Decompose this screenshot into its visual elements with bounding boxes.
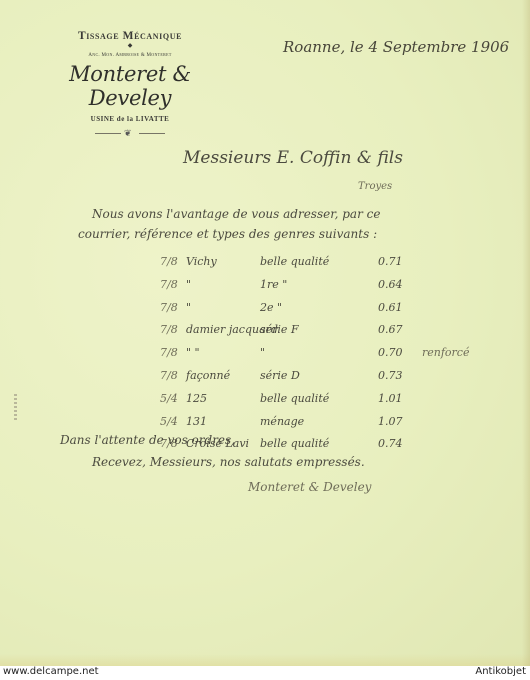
dateline: Roanne, le 4 Septembre 1906 [283,38,509,56]
price-list: 7/8 Vichy belle qualité 0.71 7/8 " 1re "… [160,252,530,457]
item-quality: 1re " [260,278,287,291]
item-quality: belle qualité [260,255,329,268]
price-list-item: 7/8 damier jacquard série F 0.67 [160,320,530,343]
flourish-ornament-icon: ❦ [95,129,165,143]
letterhead-factory: USINE de la LIVATTE [30,115,230,123]
seller-watermark: Antikobjet [475,666,526,677]
item-price: 0.67 [378,323,403,336]
letterhead-company-name: Monteret & Develey [30,62,230,110]
closing-line-1: Dans l'attente de vos ordres, [60,433,235,447]
item-width: 7/8 [160,369,178,382]
item-description: 131 [186,415,207,428]
margin-stamp-mark [14,394,17,422]
letterhead: Tissage Mécanique ◆ Anc. Mon. Ambroise &… [30,30,230,143]
item-description: façonné [186,369,230,382]
price-list-item: 7/8 " 2e " 0.61 [160,298,530,321]
item-note: renforcé [422,346,469,359]
recipient-city: Troyes [358,181,392,192]
item-description: " " [186,346,200,359]
price-list-item: 5/4 125 belle qualité 1.01 [160,389,530,412]
item-description: Vichy [186,255,217,268]
item-width: 7/8 [160,255,178,268]
item-price: 0.64 [378,278,403,291]
item-price: 0.74 [378,437,403,450]
closing-line-2: Recevez, Messieurs, nos salutats empress… [92,455,365,469]
recipient: Messieurs E. Coffin & fils [183,148,403,168]
watermark-bar: www.delcampe.net Antikobjet [0,666,530,680]
item-width: 7/8 [160,278,178,291]
letterhead-former-owners: Anc. Mon. Ambroise & Monteret [30,52,230,58]
item-price: 1.01 [378,392,403,405]
item-width: 7/8 [160,346,178,359]
ornament-dot-icon: ◆ [30,43,230,49]
item-description: 125 [186,392,207,405]
letter-paper: Tissage Mécanique ◆ Anc. Mon. Ambroise &… [0,0,530,666]
body-line-1: Nous avons l'avantage de vous adresser, … [92,207,380,221]
item-width: 7/8 [160,323,178,336]
item-quality: belle qualité [260,437,329,450]
price-list-item: 7/8 " " " 0.70 renforcé [160,343,530,366]
item-price: 0.70 [378,346,403,359]
body-line-2: courrier, référence et types des genres … [78,227,377,241]
item-quality: série F [260,323,299,336]
signature: Monteret & Develey [248,480,371,494]
item-quality: ménage [260,415,304,428]
item-quality: " [260,346,265,359]
price-list-item: 7/8 " 1re " 0.64 [160,275,530,298]
item-width: 5/4 [160,415,178,428]
item-width: 7/8 [160,301,178,314]
letterhead-trade: Tissage Mécanique [30,30,230,42]
item-quality: 2e " [260,301,282,314]
item-width: 5/4 [160,392,178,405]
source-watermark: www.delcampe.net [3,666,99,677]
price-list-item: 7/8 façonné série D 0.73 [160,366,530,389]
item-description: " [186,301,191,314]
price-list-item: 7/8 Vichy belle qualité 0.71 [160,252,530,275]
item-description: " [186,278,191,291]
price-list-item: 5/4 131 ménage 1.07 [160,412,530,435]
item-quality: série D [260,369,300,382]
item-price: 0.61 [378,301,403,314]
item-price: 1.07 [378,415,403,428]
item-quality: belle qualité [260,392,329,405]
item-price: 0.73 [378,369,403,382]
item-price: 0.71 [378,255,403,268]
